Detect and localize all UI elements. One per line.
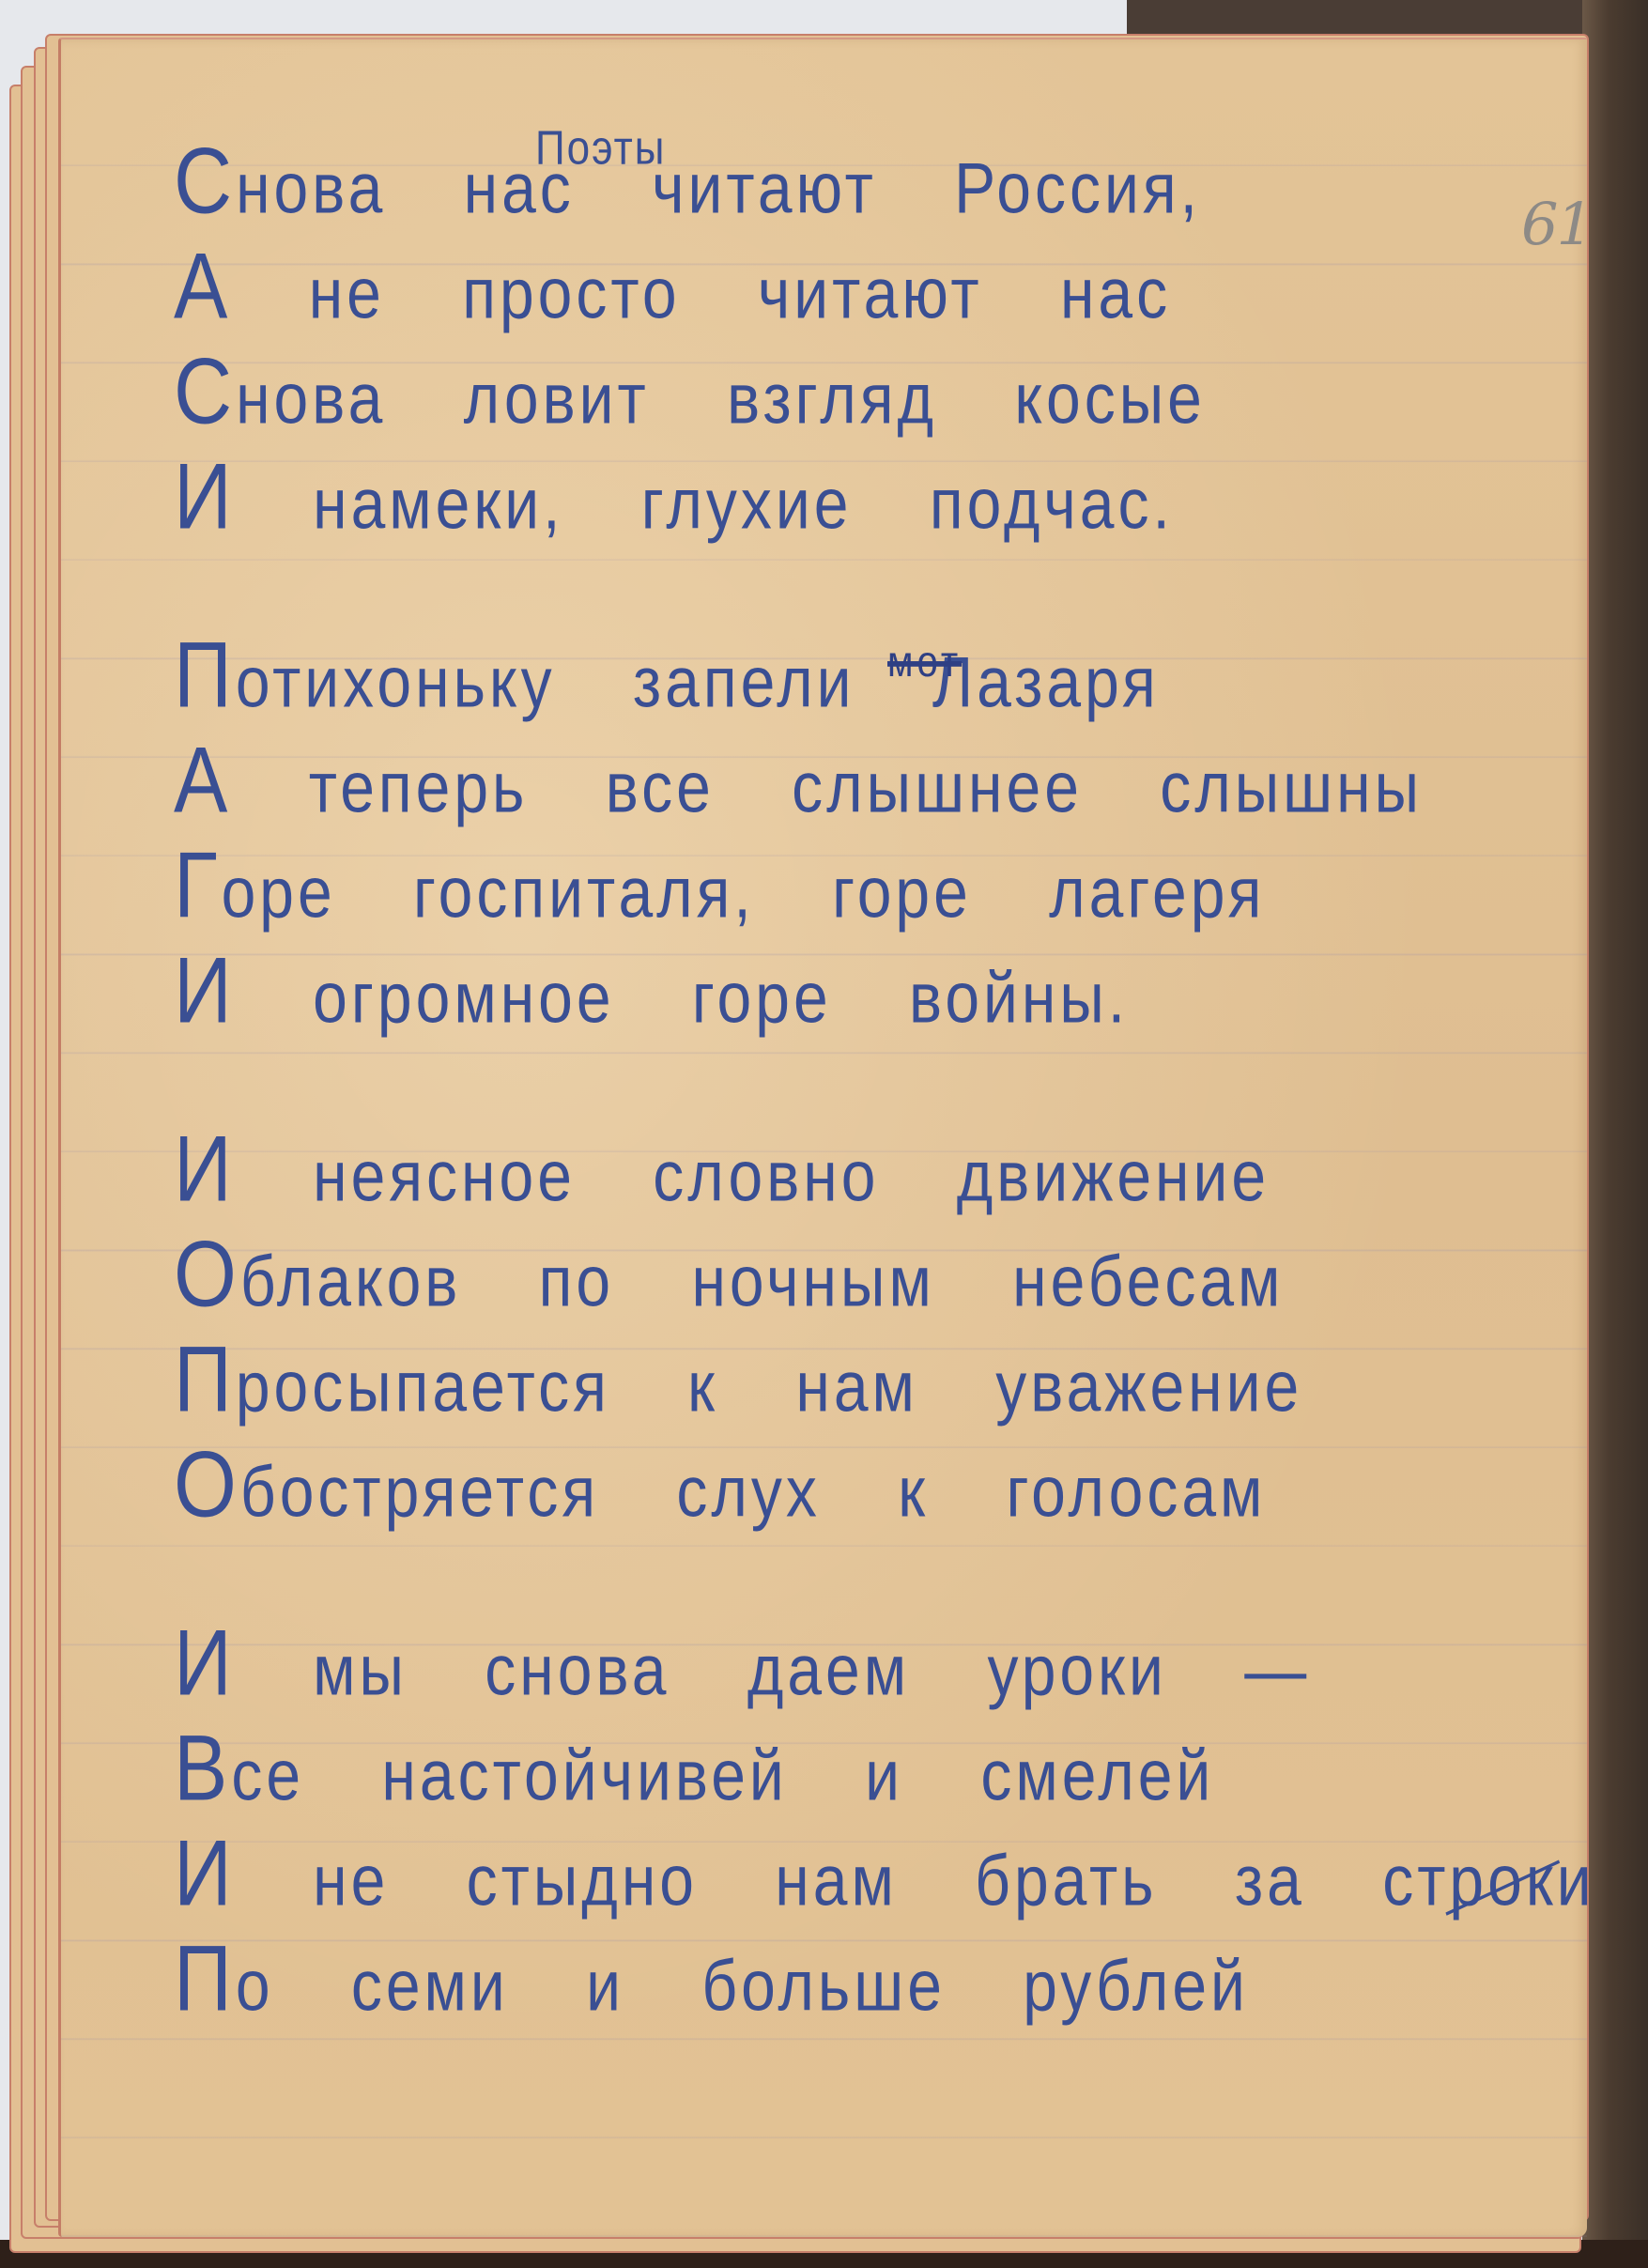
line-text: огромное горе войны. <box>236 957 1129 1037</box>
line-initial: С <box>174 130 236 233</box>
line-initial: И <box>174 1822 236 1925</box>
binding-background-top <box>1127 0 1648 38</box>
poem-line: Обостряется слух к голосам <box>174 1425 1582 1546</box>
line-initial: И <box>174 1118 236 1221</box>
line-text: оре госпиталя, горе лагеря <box>222 852 1266 932</box>
line-initial: О <box>174 1433 240 1536</box>
poem-line: По семи и больше рублей <box>174 1919 1582 2040</box>
line-initial: С <box>174 340 236 443</box>
line-text: теперь все слышнее слышны <box>231 747 1423 826</box>
line-text: нова ловит взгляд косые <box>236 358 1206 438</box>
poem-line: Потихоньку запели Лазаря мот <box>174 615 1582 736</box>
line-initial: Г <box>174 834 222 937</box>
line-initial: И <box>174 445 236 548</box>
poem-line: И намеки, глухие подчас. <box>174 437 1582 558</box>
stanza-4: И мы снова даем уроки — Все настойчивей … <box>174 1611 1582 2031</box>
line-text: намеки, глухие подчас. <box>236 463 1174 543</box>
line-text: бостряется слух к голосам <box>240 1451 1267 1531</box>
line-text: не стыдно нам брать за строки <box>236 1840 1595 1920</box>
line-initial: А <box>174 729 231 832</box>
poem-line: И не стыдно нам брать за строки <box>174 1813 1582 1935</box>
binding-background-right <box>1582 0 1648 2268</box>
line-initial: О <box>174 1223 240 1326</box>
inserted-word: Поэты <box>535 88 666 209</box>
poem-line: Снова нас читают Россия, Поэты <box>174 121 1582 242</box>
stanza-1: Снова нас читают Россия, Поэты А не прос… <box>174 129 1582 549</box>
poem-line: Просыпается к нам уважение <box>174 1319 1582 1441</box>
poem-line: Горе госпиталя, горе лагеря <box>174 825 1582 947</box>
line-initial: А <box>174 235 231 338</box>
poem-line: И неясное словно движение <box>174 1109 1582 1230</box>
line-initial: П <box>174 1328 236 1431</box>
line-text: отихоньку запели Лазаря <box>236 641 1160 721</box>
poem: Снова нас читают Россия, Поэты А не прос… <box>174 129 1582 2105</box>
line-initial: И <box>174 939 236 1042</box>
line-initial: П <box>174 1927 236 2030</box>
line-text: росыпается к нам уважение <box>236 1346 1302 1426</box>
line-text: не просто читают нас <box>231 253 1171 332</box>
line-text: мы снова даем уроки — <box>236 1629 1310 1709</box>
poem-line: И мы снова даем уроки — <box>174 1603 1582 1724</box>
poem-line: И огромное горе войны. <box>174 931 1582 1052</box>
stanza-2: Потихоньку запели Лазаря мот А теперь вс… <box>174 623 1582 1043</box>
line-text: нова нас читают Россия, <box>236 147 1201 227</box>
poem-line: Облаков по ночным небесам <box>174 1214 1582 1335</box>
stanza-3: И неясное словно движение Облаков по ноч… <box>174 1117 1582 1537</box>
line-text: се настойчивей и смелей <box>231 1735 1214 1814</box>
poem-line: Все настойчивей и смелей <box>174 1708 1582 1829</box>
line-text: неясное словно движение <box>236 1135 1270 1215</box>
struck-out-word: мот <box>887 602 962 723</box>
line-initial: П <box>174 624 236 727</box>
line-text: о семи и больше рублей <box>236 1945 1249 2025</box>
poem-line: А теперь все слышнее слышны <box>174 720 1582 841</box>
manuscript-page: 61 Снова нас читают Россия, Поэты А не п… <box>58 38 1587 2237</box>
line-initial: И <box>174 1612 236 1715</box>
line-initial: В <box>174 1717 231 1820</box>
poem-line: Снова ловит взгляд косые <box>174 332 1582 453</box>
line-text: блаков по ночным небесам <box>240 1241 1285 1320</box>
poem-line: А не просто читают нас <box>174 226 1582 347</box>
